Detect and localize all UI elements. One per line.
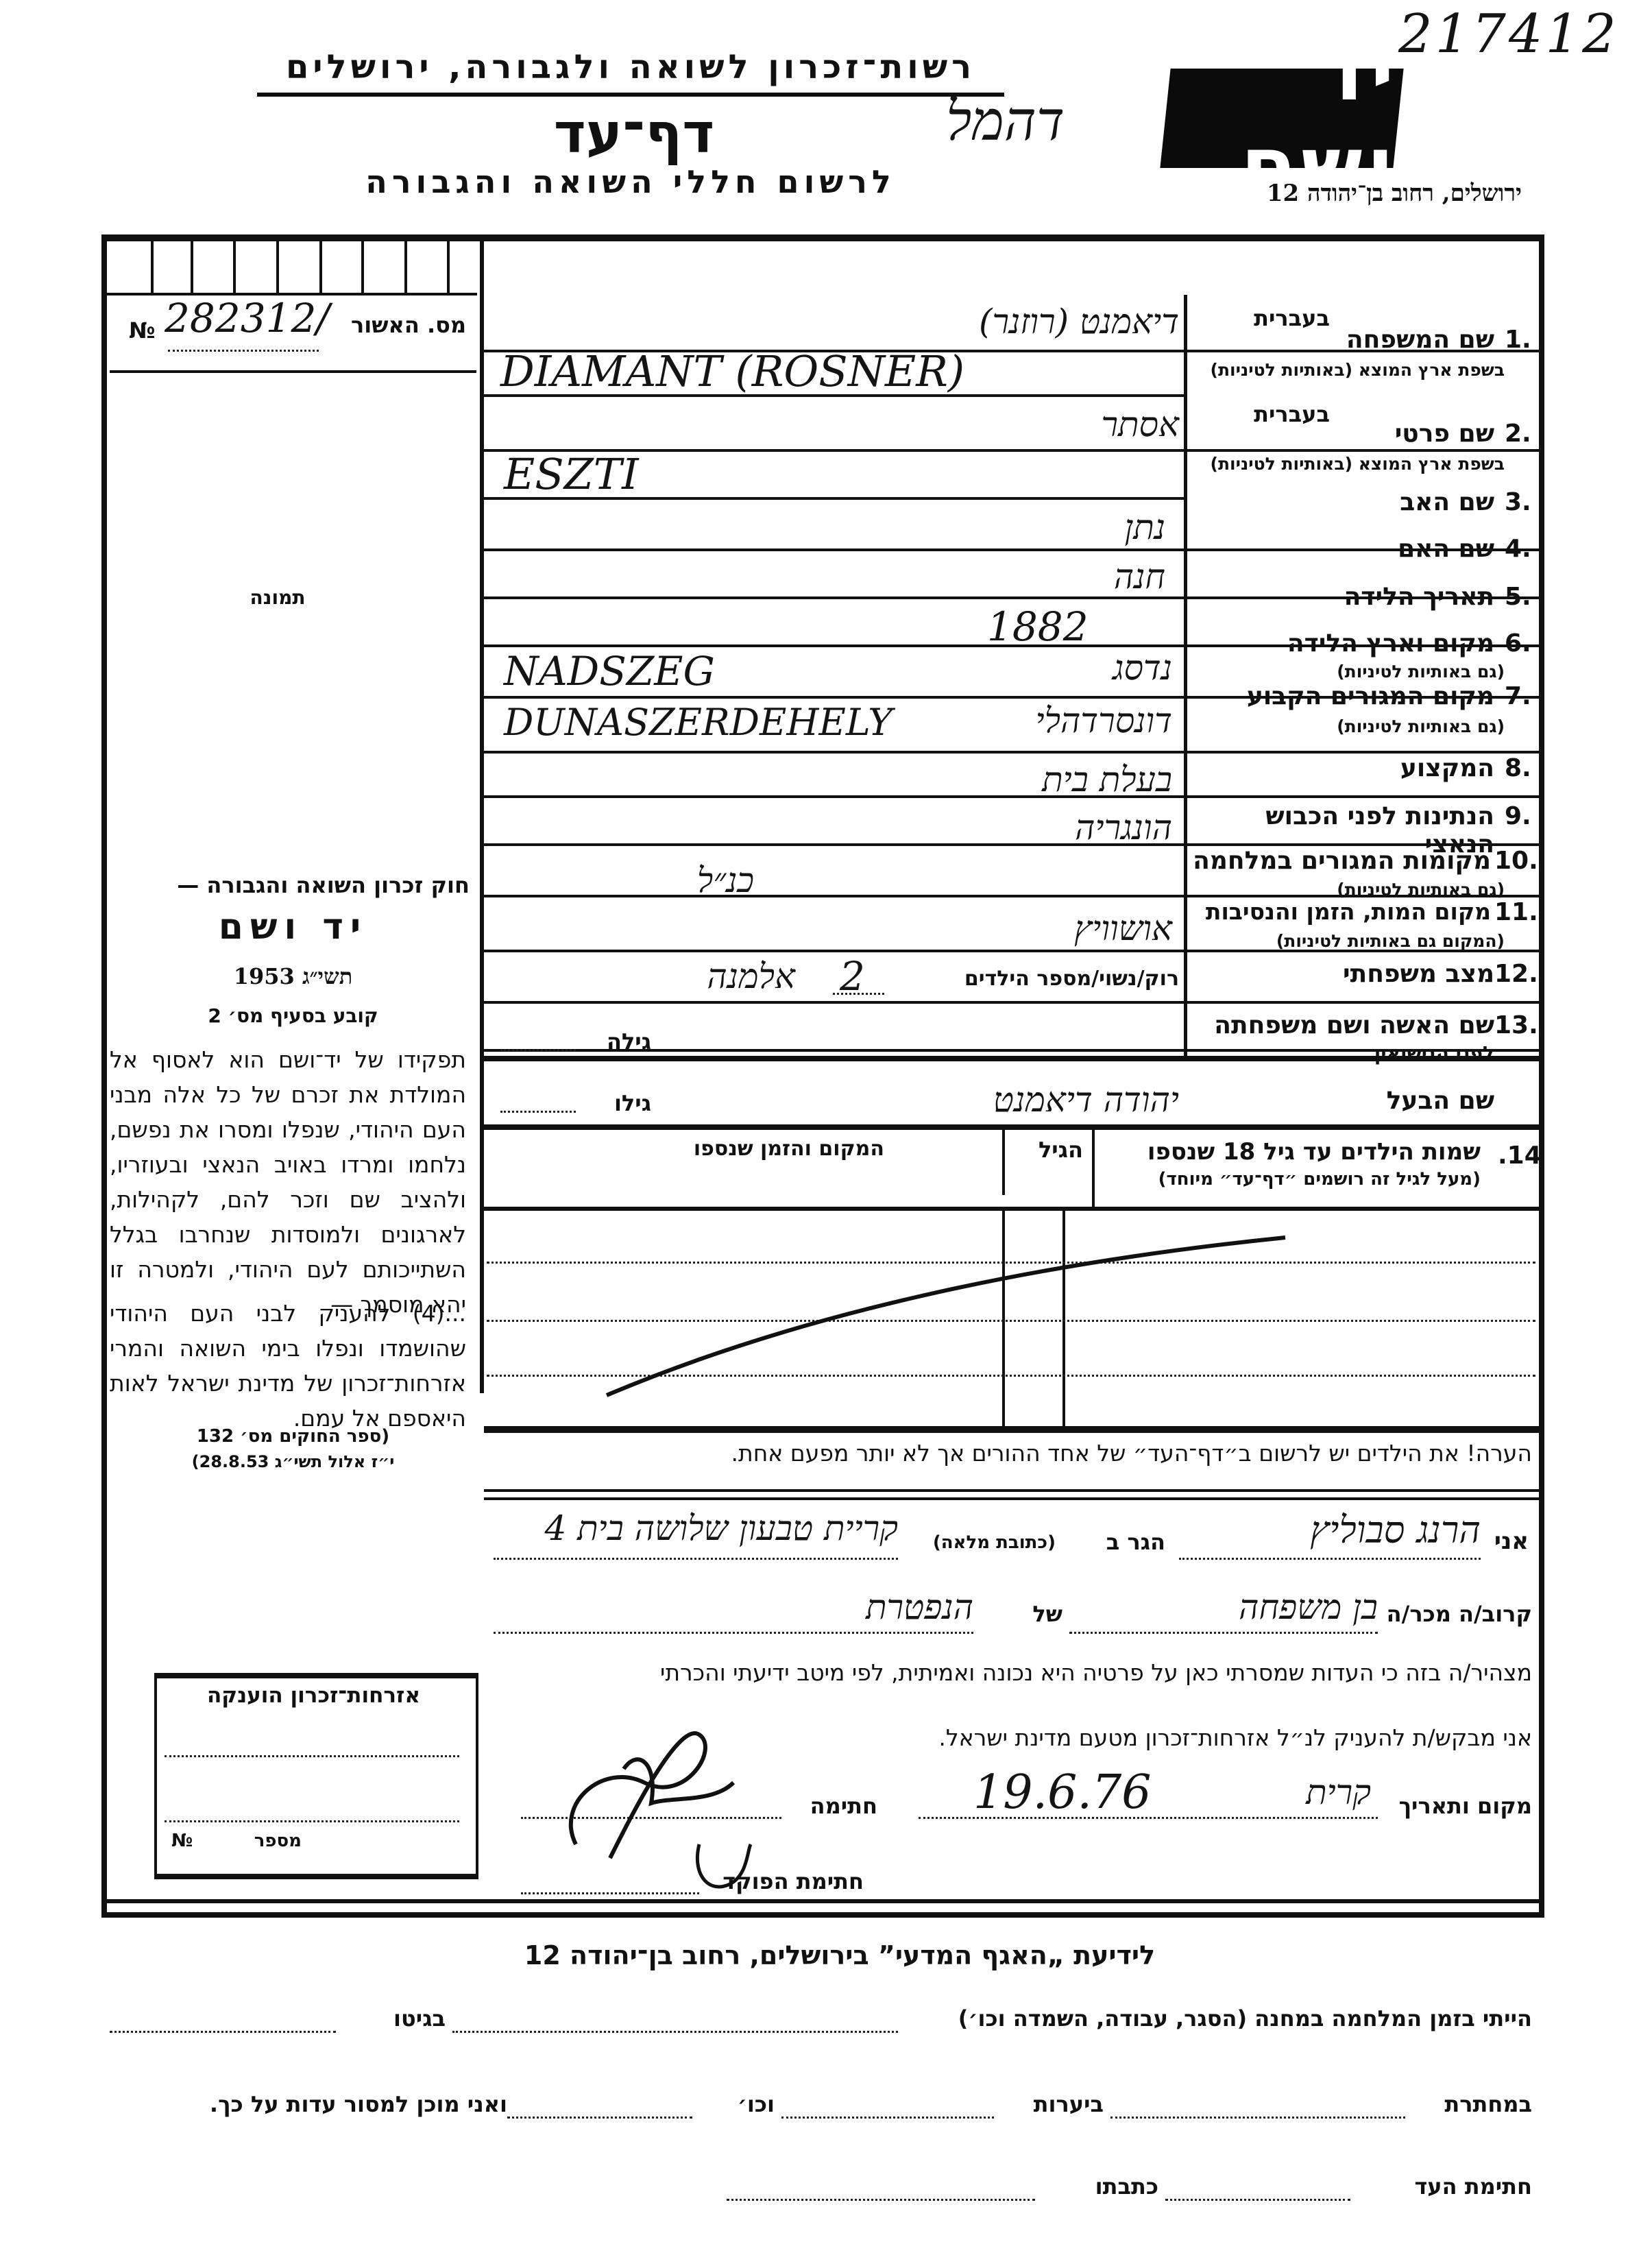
husband-label: שם הבעל — [1220, 1087, 1494, 1115]
field-2-sublabel: בשפת ארץ המוצא (באותיות לטיניות) — [1189, 454, 1505, 474]
left-panel-separator — [480, 241, 484, 1393]
residing-label: הגר ב — [1056, 1529, 1165, 1555]
field-2-label: שם פרטי — [1220, 420, 1494, 448]
bottom-line-2a: במחתרת — [1412, 2091, 1532, 2117]
witness-address-line — [727, 2199, 1035, 2201]
form-title: דף־עד — [480, 101, 788, 165]
logo-address: ירושלים, רחוב בן־יהודה 12 — [1165, 180, 1522, 207]
wife-age-dotted-line — [500, 1049, 576, 1051]
citizenship-line — [165, 1820, 459, 1822]
frame-top-rule — [101, 234, 1544, 241]
tick-column — [319, 241, 322, 293]
children-col-age: הגיל — [1008, 1137, 1083, 1163]
tick-column — [151, 241, 154, 293]
approval-dotted-line — [168, 350, 319, 352]
field-10-number: 10. — [1494, 847, 1538, 875]
form-subtitle: לרשום חללי השואה והגבורה — [288, 163, 973, 200]
field-7-number: 7. — [1505, 682, 1531, 710]
field-6-value-latin[interactable]: NADSZEG — [504, 648, 715, 695]
law-reference-1: (ספר החוקים מס׳ 132 — [117, 1426, 470, 1447]
children-section-sublabel: (מעל לגיל זה רושמים ״דף־עד״ מיוחד) — [1097, 1169, 1481, 1190]
citizenship-number-symbol: № — [171, 1831, 193, 1851]
tick-column — [447, 241, 450, 293]
field-13-sublabel: לפני הנישואין — [1193, 1042, 1494, 1065]
address-value[interactable]: קריית טבעון שלושה בית 4 — [500, 1508, 898, 1548]
field-6-value-hebrew[interactable]: נדסג — [960, 648, 1172, 688]
declaration-statement-2: אני מבקש/ת להעניק לנ״ל אזרחות־זכרון מטעם… — [809, 1724, 1532, 1751]
approval-rule — [110, 370, 476, 373]
field-8-label: המקצוע — [1220, 754, 1494, 782]
address-line — [494, 1558, 898, 1560]
children-col-place-time: המקום והזמן שנספו — [596, 1137, 884, 1161]
children-header-rule — [484, 1207, 1540, 1211]
field-12-value[interactable]: אלמנה — [631, 956, 795, 996]
place-value[interactable]: קרית — [1261, 1772, 1371, 1812]
husband-age-dotted-line — [500, 1111, 576, 1113]
yad-vashem-logo: יד ושם — [1160, 69, 1403, 168]
field-7-sublabel: (גם באותיות לטיניות) — [1189, 716, 1505, 736]
bottom-line-3b: כתבתו — [1042, 2173, 1158, 2199]
header-rule — [257, 93, 1004, 97]
field-7-value-latin[interactable]: DUNASZERDEHELY — [504, 701, 892, 744]
handwritten-header-note: דהמל — [946, 89, 1065, 154]
field-13-number: 13. — [1494, 1011, 1538, 1039]
children-section-top-rule — [484, 1124, 1540, 1130]
citizenship-number-label: מספר — [219, 1831, 302, 1851]
of-label: של — [987, 1601, 1062, 1627]
field-4-label: שם האם — [1220, 535, 1494, 563]
field-1-label: שם המשפחה — [1220, 326, 1494, 354]
field-5-number: 5. — [1505, 583, 1531, 611]
approval-no-symbol: № — [129, 317, 156, 343]
field-4-value[interactable]: חנה — [960, 557, 1165, 596]
children-section-bottom-rule — [484, 1426, 1540, 1433]
relation-line — [1069, 1632, 1378, 1634]
tick-column — [276, 241, 279, 293]
bottom-heading: לידיעת „האגף המדעי” בירושלים, רחוב בן־יה… — [480, 1940, 1200, 1970]
citizenship-line — [165, 1755, 459, 1757]
official-signature-line — [521, 1892, 699, 1894]
strike-through-mark — [603, 1234, 1289, 1399]
field-11-number: 11. — [1494, 898, 1538, 926]
field-7-value-hebrew[interactable]: דונסרדהלי — [919, 701, 1172, 740]
field-2-value-hebrew[interactable]: אסתר — [823, 405, 1179, 444]
declaration-statement-1: מצהיר/ה בזה כי העדות שמסרתי כאן על פרטיה… — [507, 1659, 1532, 1686]
row-rule — [484, 449, 1540, 452]
of-value[interactable]: הנפטרת — [603, 1587, 973, 1627]
tick-column — [233, 241, 236, 293]
row-rule — [484, 751, 1540, 753]
full-address-label: (כתובת מלאה) — [898, 1532, 1056, 1553]
field-13-label: שם האשה ושם משפחתה — [1193, 1011, 1494, 1039]
law-text-paragraph-2: ...(4) להעניק לבני העם היהודי שהושמדו ונ… — [110, 1296, 466, 1436]
bottom-line-1b: בגיטו — [343, 2005, 446, 2031]
children-section-label: שמות הילדים עד גיל 18 שנספו — [1110, 1138, 1481, 1166]
bottom-line-2b: ביערות — [1001, 2091, 1104, 2117]
authority-name: רשות־זכרון לשואה ולגבורה, ירושלים — [254, 48, 1008, 86]
field-2-value-latin[interactable]: ESZTI — [504, 449, 639, 499]
of-line — [494, 1632, 973, 1634]
field-10-sublabel: (גם באותיות לטיניות) — [1189, 880, 1505, 900]
relative-label: קרוב/ה מכר/ה — [1385, 1601, 1532, 1627]
field-11-label: מקום המות, הזמן והנסיבות — [1189, 898, 1491, 925]
field-9-number: 9. — [1505, 802, 1531, 830]
field-8-number: 8. — [1505, 754, 1531, 782]
field-3-value[interactable]: נתן — [960, 507, 1165, 547]
field-1-sublabel: בשפת ארץ המוצא (באותיות לטיניות) — [1189, 360, 1505, 380]
tick-column — [191, 241, 193, 293]
bottom-line-1a: הייתי בזמן המלחמה במחנה (הסגר, עבודה, הש… — [905, 2005, 1532, 2031]
field-3-number: 3. — [1505, 488, 1531, 516]
field-10-label: מקומות המגורים במלחמה — [1189, 847, 1491, 875]
field-2-number: 2. — [1505, 420, 1531, 448]
archive-number: 217412 — [1398, 3, 1619, 65]
field-12-label: מצב משפחתי — [1220, 960, 1494, 988]
approval-number-value[interactable]: 2823‏/12 — [165, 295, 330, 341]
law-text-paragraph-1: תפקידו של יד־ושם הוא לאסוף אל המולדת את … — [110, 1042, 466, 1322]
field-1-value-latin[interactable]: DIAMANT (ROSNER) — [500, 346, 964, 396]
note-rule — [484, 1489, 1540, 1492]
field-10-value[interactable]: כנ״ל — [617, 860, 754, 900]
field-9-value[interactable]: הונגריה — [925, 808, 1172, 847]
bottom-line-3a: חתימת העד — [1357, 2173, 1532, 2199]
husband-age-label: גילו — [576, 1090, 651, 1116]
date-value[interactable]: 19.6.76 — [973, 1765, 1152, 1820]
etc-line — [507, 2117, 692, 2119]
place-date-line — [919, 1817, 1378, 1819]
husband-name-value[interactable]: יהודה דיאמנט — [809, 1080, 1179, 1120]
children-col-sep — [1092, 1130, 1095, 1209]
law-heading: חוק זכרון השואה והגבורה — — [117, 872, 470, 898]
law-name: יד ושם — [117, 906, 470, 948]
field-4-number: 4. — [1505, 535, 1531, 563]
bottom-section-top-rule — [107, 1899, 1540, 1903]
tick-column — [404, 241, 407, 293]
law-year: תשי״ג 1953 — [117, 963, 470, 989]
row-rule — [484, 1001, 1540, 1004]
field-5-value[interactable]: 1882 — [987, 603, 1089, 650]
bottom-line-2c: וכו׳ — [699, 2091, 775, 2117]
field-5-label: תאריך הלידה — [1220, 583, 1494, 611]
approval-label: מס. האשור — [322, 312, 466, 338]
field-6-label: מקום וארץ הלידה — [1220, 629, 1494, 658]
note-rule — [484, 1497, 1540, 1500]
label-column-separator — [1184, 295, 1187, 1059]
camp-line — [452, 2031, 898, 2033]
signature-label: חתימה — [788, 1793, 877, 1819]
witness-signature-line — [1165, 2199, 1350, 2201]
field-11-value[interactable]: אושוויץ — [925, 908, 1172, 948]
field-12-inline-label: רוק/נשוי/מספר הילדים — [884, 967, 1179, 991]
declarant-name-line — [1179, 1558, 1481, 1560]
field-11-sublabel: (המקום גם באותיות לטיניות) — [1189, 931, 1505, 951]
law-section: קובע בסעיף מס׳ 2 — [117, 1004, 470, 1027]
relation-value[interactable]: בן משפחה — [1069, 1587, 1378, 1627]
field-12-children-count[interactable]: 2 — [840, 953, 865, 1000]
field-7-label: מקום המגורים הקבוע — [1220, 682, 1494, 710]
note-text: הערה! את הילדים יש לרשום ב״דף־העד״ של אח… — [507, 1440, 1532, 1467]
bottom-line-2d: ואני מוכן למסור עדות על כך. — [110, 2091, 507, 2117]
underground-line — [1110, 2117, 1405, 2119]
field-12-number: 12. — [1494, 960, 1538, 988]
forests-line — [781, 2117, 994, 2119]
field-8-value[interactable]: בעלת בית — [891, 760, 1172, 799]
field-1-number: 1. — [1505, 326, 1531, 354]
children-section-number: .14 — [1498, 1142, 1542, 1170]
field-3-label: שם האב — [1220, 488, 1494, 516]
tick-column — [361, 241, 364, 293]
place-date-label: מקום ותאריך — [1385, 1793, 1532, 1819]
field-6-number: 6. — [1505, 629, 1531, 658]
citizenship-box-title: אזרחות־זכרון הוענקה — [161, 1683, 466, 1708]
field-6-sublabel: (גם באותיות לטיניות) — [1189, 662, 1505, 682]
field-1-value-hebrew[interactable]: דיאמנט (רוזנר) — [740, 302, 1179, 341]
declarant-name-value[interactable]: הרנג סבוליץ — [1179, 1508, 1481, 1552]
declaration-i-label: אני — [1481, 1528, 1529, 1555]
ghetto-line — [110, 2031, 336, 2033]
wife-age-label: גילה — [576, 1028, 651, 1054]
law-reference-2: י״ז אלול תשי״ג 28.8.53) — [117, 1452, 470, 1471]
children-col-sep — [1002, 1130, 1005, 1195]
photo-label: תמונה — [226, 586, 329, 609]
